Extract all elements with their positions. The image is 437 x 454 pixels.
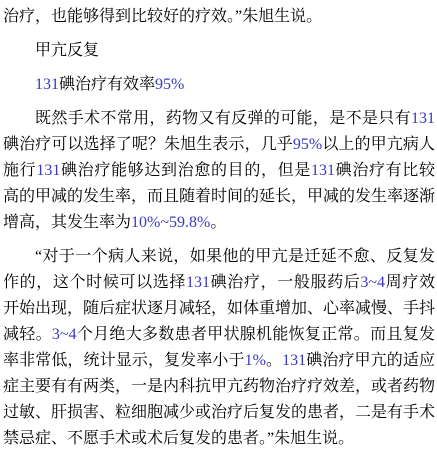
text-run: 。	[266, 352, 282, 369]
text-run: 既然手术不常用，药物又有反弹的可能，是不是只有	[35, 110, 411, 127]
text-run: 碘治疗能够达到治愈的目的，但是	[60, 162, 311, 179]
text-run: 。	[210, 214, 226, 231]
text-run: 碘治疗有效率	[59, 76, 155, 93]
number-run: 131	[311, 162, 335, 179]
number-run: 3~4	[360, 274, 385, 291]
paragraph: “对于一个病人来说，如果他的甲亢是迁延不愈、反复发作的，这个时候可以选择131碘…	[3, 244, 435, 452]
paragraph: 治疗，也能够得到比较好的疗效。”朱旭生说。	[3, 4, 435, 30]
number-run: 95%	[155, 76, 184, 93]
number-run: 1%	[245, 352, 266, 369]
article-text: 治疗，也能够得到比较好的疗效。”朱旭生说。甲亢反复131碘治疗有效率95%既然手…	[0, 0, 437, 452]
paragraph: 既然手术不常用，药物又有反弹的可能，是不是只有131碘治疗可以选择了呢？朱旭生表…	[3, 106, 435, 236]
text-run: 甲亢反复	[35, 42, 99, 59]
number-run: 131	[282, 352, 306, 369]
number-run: 131	[35, 76, 59, 93]
number-run: 3~4	[52, 326, 77, 343]
number-run: 95%	[293, 136, 322, 153]
number-run: 131	[411, 110, 435, 127]
number-run: 10%~59.8%	[131, 214, 210, 231]
text-run: 治疗，也能够得到比较好的疗效。”朱旭生说。	[3, 8, 322, 25]
text-run: 碘治疗，一般服药后	[210, 274, 360, 291]
text-run: 碘治疗可以选择了呢？朱旭生表示，几乎	[3, 136, 293, 153]
number-run: 131	[186, 274, 210, 291]
paragraph: 131碘治疗有效率95%	[3, 72, 435, 98]
paragraph: 甲亢反复	[3, 38, 435, 64]
number-run: 131	[36, 162, 60, 179]
